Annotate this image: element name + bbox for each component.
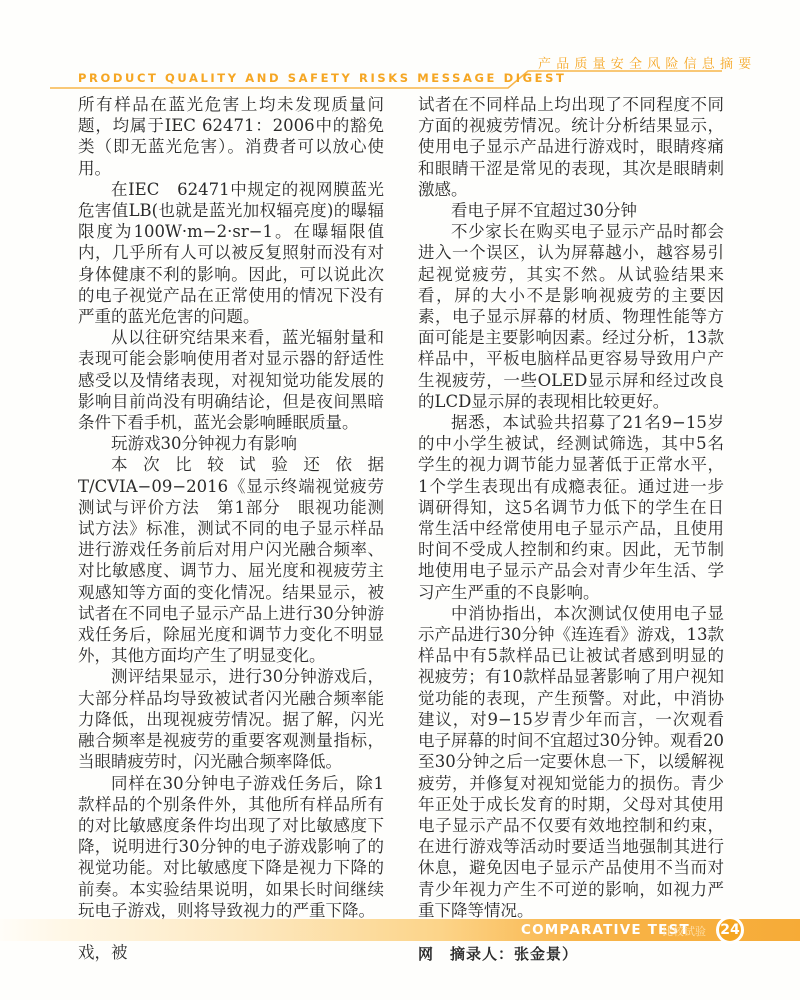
- footer-section-title-cn: 比较试验: [662, 923, 706, 939]
- paragraph: 本次比较试验还依据T/CVIA−09−2016《显示终端视觉疲劳测试与评价方法 …: [78, 454, 384, 666]
- paragraph: 从以往研究结果来看，蓝光辐射量和表现可能会影响使用者对显示器的舒适性感受以及情绪…: [78, 327, 384, 433]
- header-rule-line: [0, 0, 800, 100]
- header-chinese-title: 产品质量安全风险信息摘要: [538, 53, 756, 72]
- section-subheading: 玩游戏30分钟视力有影响: [78, 433, 384, 454]
- article-column-left: 所有样品在蓝光危害上均未发现质量问题，均属于IEC 62471：2006中的豁免…: [78, 94, 384, 963]
- page-number-badge: 24: [716, 916, 744, 944]
- page-header: PRODUCT QUALITY AND SAFETY RISKS MESSAGE…: [0, 0, 800, 100]
- section-subheading: 看电子屏不宜超过30分钟: [418, 200, 724, 221]
- paragraph: 在IEC 62471中规定的视网膜蓝光危害值LB(也就是蓝光加权辐亮度)的曝辐限…: [78, 179, 384, 327]
- paragraph: 试者在不同样品上均出现了不同程度不同方面的视疲劳情况。统计分析结果显示，使用电子…: [418, 94, 724, 200]
- article-column-right: 试者在不同样品上均出现了不同程度不同方面的视疲劳情况。统计分析结果显示，使用电子…: [418, 94, 724, 965]
- paragraph: 同样在30分钟电子游戏任务后，除1款样品的个别条件外，其他所有样品所有的对比敏感…: [78, 773, 384, 921]
- paragraph: 据悉，本试验共招募了21名9−15岁的中小学生被试，经测试筛选，其中5名学生的视…: [418, 412, 724, 603]
- paragraph: 中消协指出，本次测试仅使用电子显示产品进行30分钟《连连看》游戏，13款样品中有…: [418, 603, 724, 921]
- paragraph: 所有样品在蓝光危害上均未发现质量问题，均属于IEC 62471：2006中的豁免…: [78, 94, 384, 179]
- header-english-title: PRODUCT QUALITY AND SAFETY RISKS MESSAGE…: [78, 71, 566, 85]
- paragraph: 测评结果显示，进行30分钟游戏后，大部分样品均导致被试者闪光融合频率能力降低，出…: [78, 666, 384, 772]
- paragraph: 不少家长在购买电子显示产品时都会进入一个误区，认为屏幕越小，越容易引起视觉疲劳，…: [418, 221, 724, 412]
